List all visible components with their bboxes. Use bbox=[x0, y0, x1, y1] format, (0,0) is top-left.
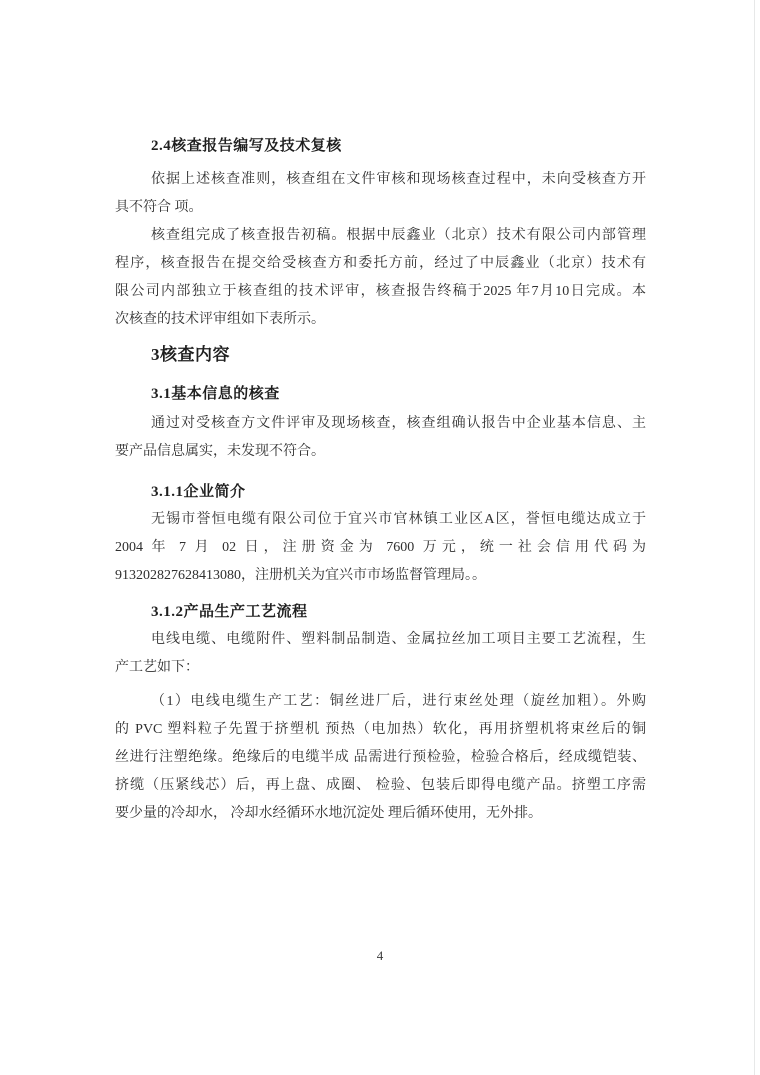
paragraph: 无锡市誉恒电缆有限公司位于宜兴市官林镇工业区A区，誉恒电缆达成立于2004 年 … bbox=[115, 506, 646, 590]
text-line: 次核查的技术评审组如下表所示。 bbox=[115, 306, 646, 334]
text-line: 限公司内部独立于核查组的技术评审，核查报告终稿于2025 年7月10日完成。本 bbox=[115, 278, 646, 306]
section-heading: 3.1.1企业简介 bbox=[115, 478, 646, 506]
text-line: 依据上述核查准则，核查组在文件审核和现场核查过程中，未向受核查方开 bbox=[115, 166, 646, 194]
text-line: 要少量的冷却水， 冷却水经循环水地沉淀处 理后循环使用，无外排。 bbox=[115, 800, 646, 828]
text-line: 程序，核查报告在提交给受核查方和委托方前，经过了中辰鑫业（北京）技术有 bbox=[115, 250, 646, 278]
section-heading: 3.1基本信息的核查 bbox=[115, 380, 646, 408]
scan-edge-line bbox=[754, 0, 755, 1075]
paragraph: 依据上述核查准则，核查组在文件审核和现场核查过程中，未向受核查方开具不符合 项。 bbox=[115, 166, 646, 222]
paragraph: 电线电缆、电缆附件、塑料制品制造、金属拉丝加工项目主要工艺流程，生产工艺如下： bbox=[115, 626, 646, 682]
page-number: 4 bbox=[0, 944, 760, 968]
text-line: 913202827628413080，注册机关为宜兴市市场监督管理局。。 bbox=[115, 562, 646, 590]
text-line: 具不符合 项。 bbox=[115, 194, 646, 222]
document-page: 2.4核查报告编写及技术复核依据上述核查准则，核查组在文件审核和现场核查过程中，… bbox=[0, 0, 760, 1075]
section-heading: 3.1.2产品生产工艺流程 bbox=[115, 598, 646, 626]
text-line: 电线电缆、电缆附件、塑料制品制造、金属拉丝加工项目主要工艺流程，生 bbox=[115, 626, 646, 654]
text-line: 产工艺如下： bbox=[115, 654, 646, 682]
text-line: （1）电线电缆生产工艺：铜丝进厂后，进行束丝处理（旋丝加粗）。外购 bbox=[115, 688, 646, 716]
document-body: 2.4核查报告编写及技术复核依据上述核查准则，核查组在文件审核和现场核查过程中，… bbox=[115, 132, 646, 828]
section-heading: 3核查内容 bbox=[115, 340, 646, 370]
paragraph: 核查组完成了核查报告初稿。根据中辰鑫业（北京）技术有限公司内部管理程序，核查报告… bbox=[115, 222, 646, 334]
text-line: 要产品信息属实，未发现不符合。 bbox=[115, 438, 646, 466]
text-line: 丝进行注塑绝缘。绝缘后的电缆半成 品需进行预检验，检验合格后，经成缆铠装、 bbox=[115, 744, 646, 772]
text-line: 无锡市誉恒电缆有限公司位于宜兴市官林镇工业区A区，誉恒电缆达成立于 bbox=[115, 506, 646, 534]
text-line: 2004 年 7 月 02 日，注册资金为 7600 万元，统一社会信用代码为 bbox=[115, 534, 646, 562]
text-line: 挤缆（压紧线芯）后，再上盘、成圈、 检验、包装后即得电缆产品。挤塑工序需 bbox=[115, 772, 646, 800]
text-line: 的 PVC 塑料粒子先置于挤塑机 预热（电加热）软化，再用挤塑机将束丝后的铜 bbox=[115, 716, 646, 744]
paragraph: （1）电线电缆生产工艺：铜丝进厂后，进行束丝处理（旋丝加粗）。外购的 PVC 塑… bbox=[115, 688, 646, 828]
text-line: 核查组完成了核查报告初稿。根据中辰鑫业（北京）技术有限公司内部管理 bbox=[115, 222, 646, 250]
paragraph: 通过对受核查方文件评审及现场核查，核查组确认报告中企业基本信息、主要产品信息属实… bbox=[115, 410, 646, 466]
text-line: 通过对受核查方文件评审及现场核查，核查组确认报告中企业基本信息、主 bbox=[115, 410, 646, 438]
section-heading: 2.4核查报告编写及技术复核 bbox=[115, 132, 646, 160]
